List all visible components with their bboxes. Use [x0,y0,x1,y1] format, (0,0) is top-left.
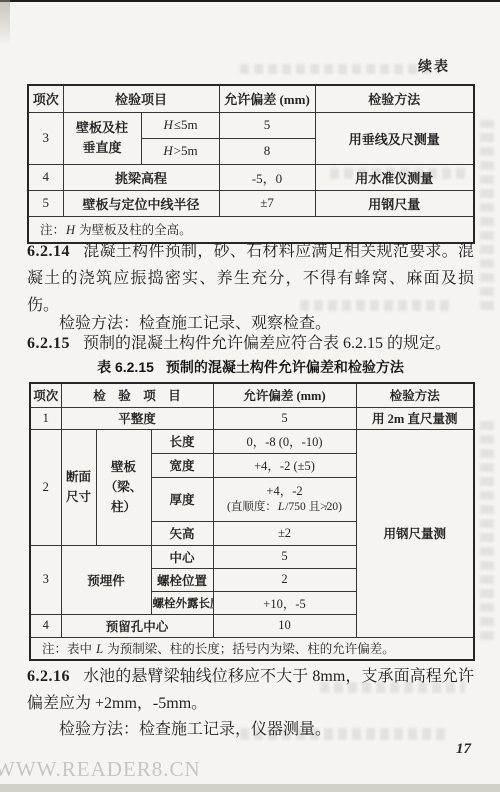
table-row: 1 平整度 5 用 2m 直尺量测 [30,407,474,429]
t2-header-method: 检验方法 [356,383,474,407]
t1-row3-dev2: 8 [219,138,315,164]
t2-row1-dev: 5 [213,407,356,429]
scanned-document-page: 续表 项次 检验项目 允许偏差 (mm) 检验方法 3 壁板及柱 垂直度 H≤5… [0,0,500,792]
t2-row2-category: 断面 尺寸 [61,429,96,545]
t2-header-item-no: 项次 [30,383,61,407]
t2-row3-dev-center: 5 [213,545,356,568]
t2-row3-item-bolt-exposure: 螺栓外露长度 [151,591,213,614]
bleed-through-artifact [480,420,494,640]
t1-row4-no: 4 [28,164,63,190]
cond-text: >5m [174,143,198,158]
t1-row5-no: 5 [28,190,63,216]
t2-row3-item-bolt-position: 螺栓位置 [151,568,213,591]
table-6-2-15: 项次 检 验 项 目 允许偏差 (mm) 检验方法 1 平整度 5 用 2m 直… [29,382,475,661]
variable-l: L [95,642,104,656]
t2-row1-no: 1 [30,407,61,429]
table-title-text: 预制的混凝土构件允许偏差和检验方法 [166,359,404,375]
bleed-through-artifact [240,64,440,74]
t1-row3-dev1: 5 [219,112,315,138]
cell-line: （梁、柱） [98,477,150,517]
t1-header-inspection-item: 检验项目 [63,85,219,112]
t2-note: 注：表中 L 为预制梁、柱的长度；括号内为梁、柱的允许偏差。 [30,637,474,660]
t2-header-deviation: 允许偏差 (mm) [213,383,356,407]
dev-prefix: (直顺度： [227,501,277,513]
t2-row3-item: 预埋件 [61,545,151,614]
table-row: 2 断面 尺寸 壁板 （梁、柱） 长度 0，-8 (0，-10) 用钢尺量测 [30,429,474,453]
section-6-2-16-paragraph: 6.2.16水池的悬臂梁轴线位移应不大于 8mm，支承面高程允许偏差应为 +2m… [27,663,474,717]
section-6-2-14-paragraph: 6.2.14混凝土构件预制，砂、石材料应满足相关规范要求。混凝土的浇筑应振捣密实… [27,238,474,319]
variable-h: H [162,117,173,132]
t2-row3-dev-bolt-position: 2 [213,568,356,591]
t2-row4-no: 4 [30,614,61,637]
section-number: 6.2.14 [27,243,70,260]
cell-line: 壁板及柱 [65,118,140,138]
t1-row5-method: 用钢尺量 [315,190,474,216]
variable-h: H [162,143,173,158]
t2-row1-item: 平整度 [61,407,213,429]
cell-line: 壁板 [98,457,150,477]
t2-row2-dev-length: 0，-8 (0，-10) [213,429,356,453]
t2-row4-dev: 10 [213,614,356,637]
t1-row3-no: 3 [28,112,63,164]
table-continued-deviation: 项次 检验项目 允许偏差 (mm) 检验方法 3 壁板及柱 垂直度 H≤5m 5… [27,84,475,244]
t1-header-item-no: 项次 [28,85,63,112]
note-prefix: 注：表中 [42,642,95,656]
t1-row3-method: 用垂线及尺测量 [315,112,474,164]
method-line-6-2-16: 检验方法：检查施工记录，仪器测量。 [27,716,474,743]
section-6-2-15-paragraph: 6.2.15预制的混凝土构件允许偏差应符合表 6.2.15 的规定。 [27,330,474,357]
page-number: 17 [456,741,471,758]
cell-line: +4，-2 [215,483,355,499]
t2-row2-subcategory: 壁板 （梁、柱） [96,429,151,545]
note-prefix: 注： [40,223,65,237]
section-text: 预制的混凝土构件允许偏差应符合表 6.2.15 的规定。 [83,335,451,352]
table-header-row: 项次 检验项目 允许偏差 (mm) 检验方法 [28,85,474,112]
t2-row2-item-thickness: 厚度 [151,477,213,521]
bleed-through-artifact [480,120,494,310]
t2-row3-no: 3 [30,545,61,614]
table-header-row: 项次 检 验 项 目 允许偏差 (mm) 检验方法 [30,383,474,407]
watermark: WWW.READER8.CN [0,757,201,782]
table-row: 4 挑梁高程 -5，0 用水准仪测量 [28,164,474,190]
t1-header-method: 检验方法 [315,85,474,112]
note-text: 为预制梁、柱的长度；括号内为梁、柱的允许偏差。 [104,642,395,656]
t2-row3-dev-bolt-exposure: +10，-5 [213,591,356,614]
t1-header-deviation: 允许偏差 (mm) [219,85,315,112]
table-row: 3 壁板及柱 垂直度 H≤5m 5 用垂线及尺测量 [28,112,474,138]
t2-row2-dev-camber: ±2 [213,521,356,545]
t1-row5-dev: ±7 [219,190,315,216]
t2-row3-item-center: 中心 [151,545,213,568]
table-row: 5 壁板与定位中线半径 ±7 用钢尺量 [28,190,474,216]
section-number: 6.2.16 [27,668,70,685]
scan-bottom-edge [0,784,500,792]
t2-row2-item-width: 宽度 [151,453,213,477]
t2-row2-dev-width: +4，-2 (±5) [213,453,356,477]
scan-corner-smudge [0,0,10,46]
t1-row3-item: 壁板及柱 垂直度 [63,112,141,164]
table-title-label: 表 6.2.15 [97,359,154,375]
t2-row2-item-camber: 矢高 [151,521,213,545]
t2-row2-dev-thickness: +4，-2 (直顺度：L/750 且≯20) [213,477,356,521]
cell-line: 断面 [63,467,95,487]
t2-row2-no: 2 [30,429,61,545]
t1-row4-item: 挑梁高程 [63,164,219,190]
t1-row5-item: 壁板与定位中线半径 [63,190,219,216]
cond-text: ≤5m [174,117,198,132]
table-6-2-15-title: 表 6.2.15预制的混凝土构件允许偏差和检验方法 [27,357,474,377]
cell-line: 垂直度 [65,138,140,158]
t2-method-steel-rule: 用钢尺量测 [356,429,474,637]
t1-row3-cond1: H≤5m [141,112,219,138]
t2-row2-item-length: 长度 [151,429,213,453]
t2-header-inspection-item: 检 验 项 目 [61,383,213,407]
section-number: 6.2.15 [27,335,70,352]
section-text: 混凝土构件预制，砂、石材料应满足相关规范要求。混凝土的浇筑应振捣密实、养生充分，… [27,243,474,314]
t2-row4-item: 预留孔中心 [61,614,213,637]
t1-row4-dev: -5，0 [219,164,315,190]
variable-h: H [65,223,76,237]
t1-row4-method: 用水准仪测量 [315,164,474,190]
note-text: 为壁板及柱的全高。 [76,223,192,237]
continued-table-label: 续表 [418,56,450,76]
dev-rest: /750 且≯20) [285,501,342,513]
table-note-row: 注：表中 L 为预制梁、柱的长度；括号内为梁、柱的允许偏差。 [30,637,474,660]
t1-row3-cond2: H>5m [141,138,219,164]
scan-top-edge [0,0,500,2]
cell-line: 尺寸 [63,487,95,507]
cell-line: (直顺度：L/750 且≯20) [215,499,355,515]
t2-row1-method: 用 2m 直尺量测 [356,407,474,429]
section-text: 水池的悬臂梁轴线位移应不大于 8mm，支承面高程允许偏差应为 +2mm，-5mm… [27,668,474,712]
